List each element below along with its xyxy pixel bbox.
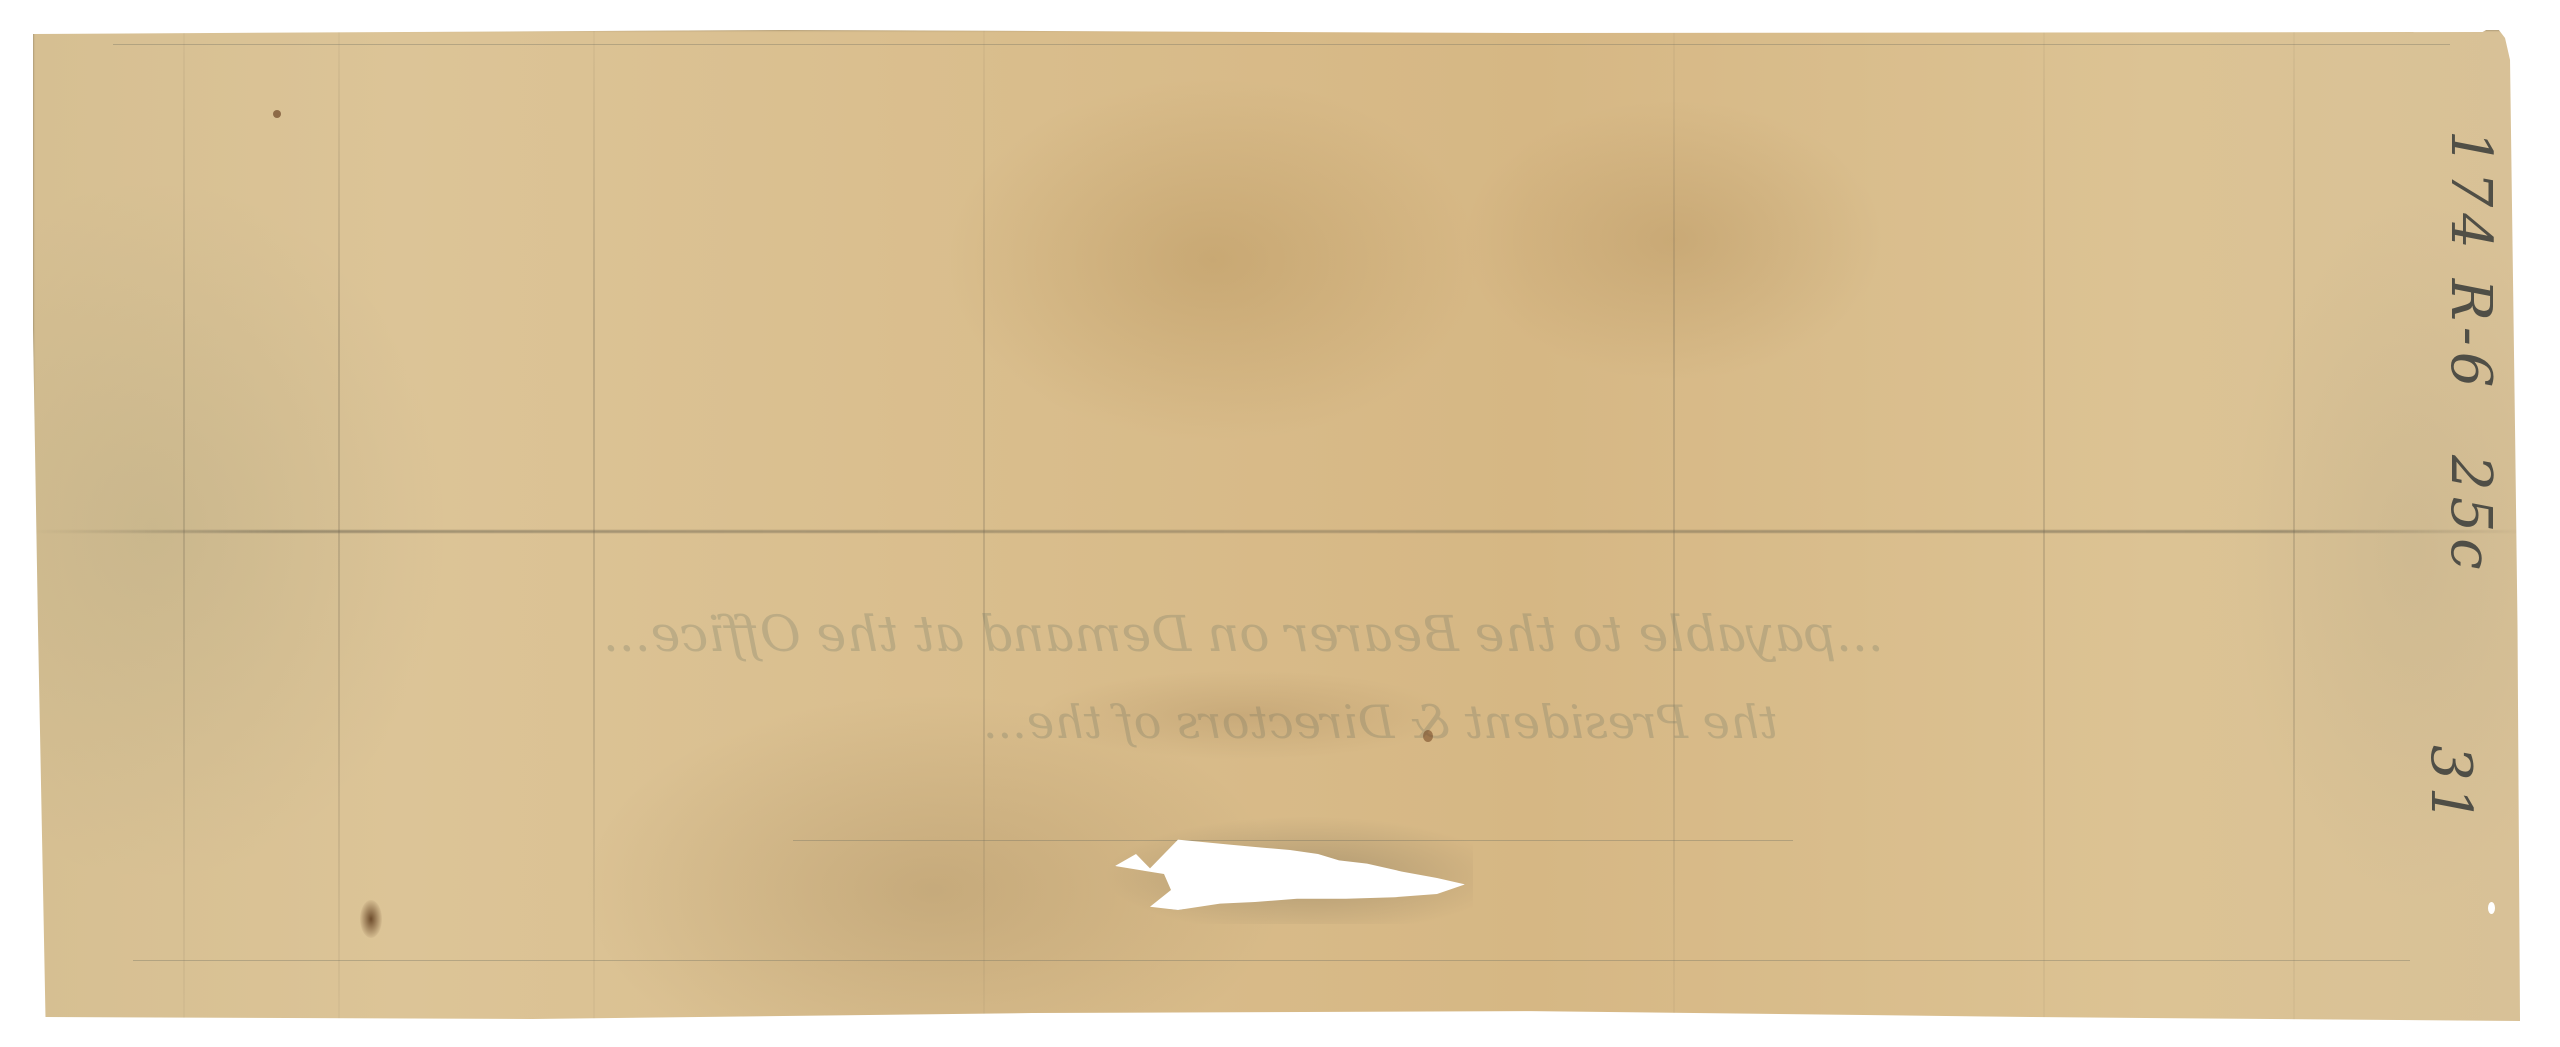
vertical-fold-line: [1673, 30, 1675, 1025]
vertical-fold-line: [983, 30, 985, 1025]
pinhole: [2488, 902, 2495, 914]
horizontal-fold-line: [33, 530, 2530, 533]
discoloration: [1033, 670, 1453, 760]
vertical-fold-line: [338, 30, 340, 1025]
border-show-through: [113, 44, 2450, 45]
dark-stain: [360, 900, 382, 938]
border-show-through: [133, 960, 2410, 961]
vertical-fold-line: [593, 30, 595, 1025]
speck: [273, 110, 281, 118]
handwritten-catalog-number: 174 R-6: [2438, 130, 2503, 393]
handwritten-number: 31: [2418, 745, 2483, 828]
vertical-fold-line: [2293, 30, 2295, 1025]
banknote-reverse: ...payable to the Bearer on Demand at th…: [33, 30, 2530, 1025]
show-through-text-line1: ...payable to the Bearer on Demand at th…: [603, 605, 1884, 663]
handwritten-price: 25c: [2438, 455, 2503, 576]
vertical-fold-line: [183, 30, 185, 1025]
vertical-fold-line: [2043, 30, 2045, 1025]
